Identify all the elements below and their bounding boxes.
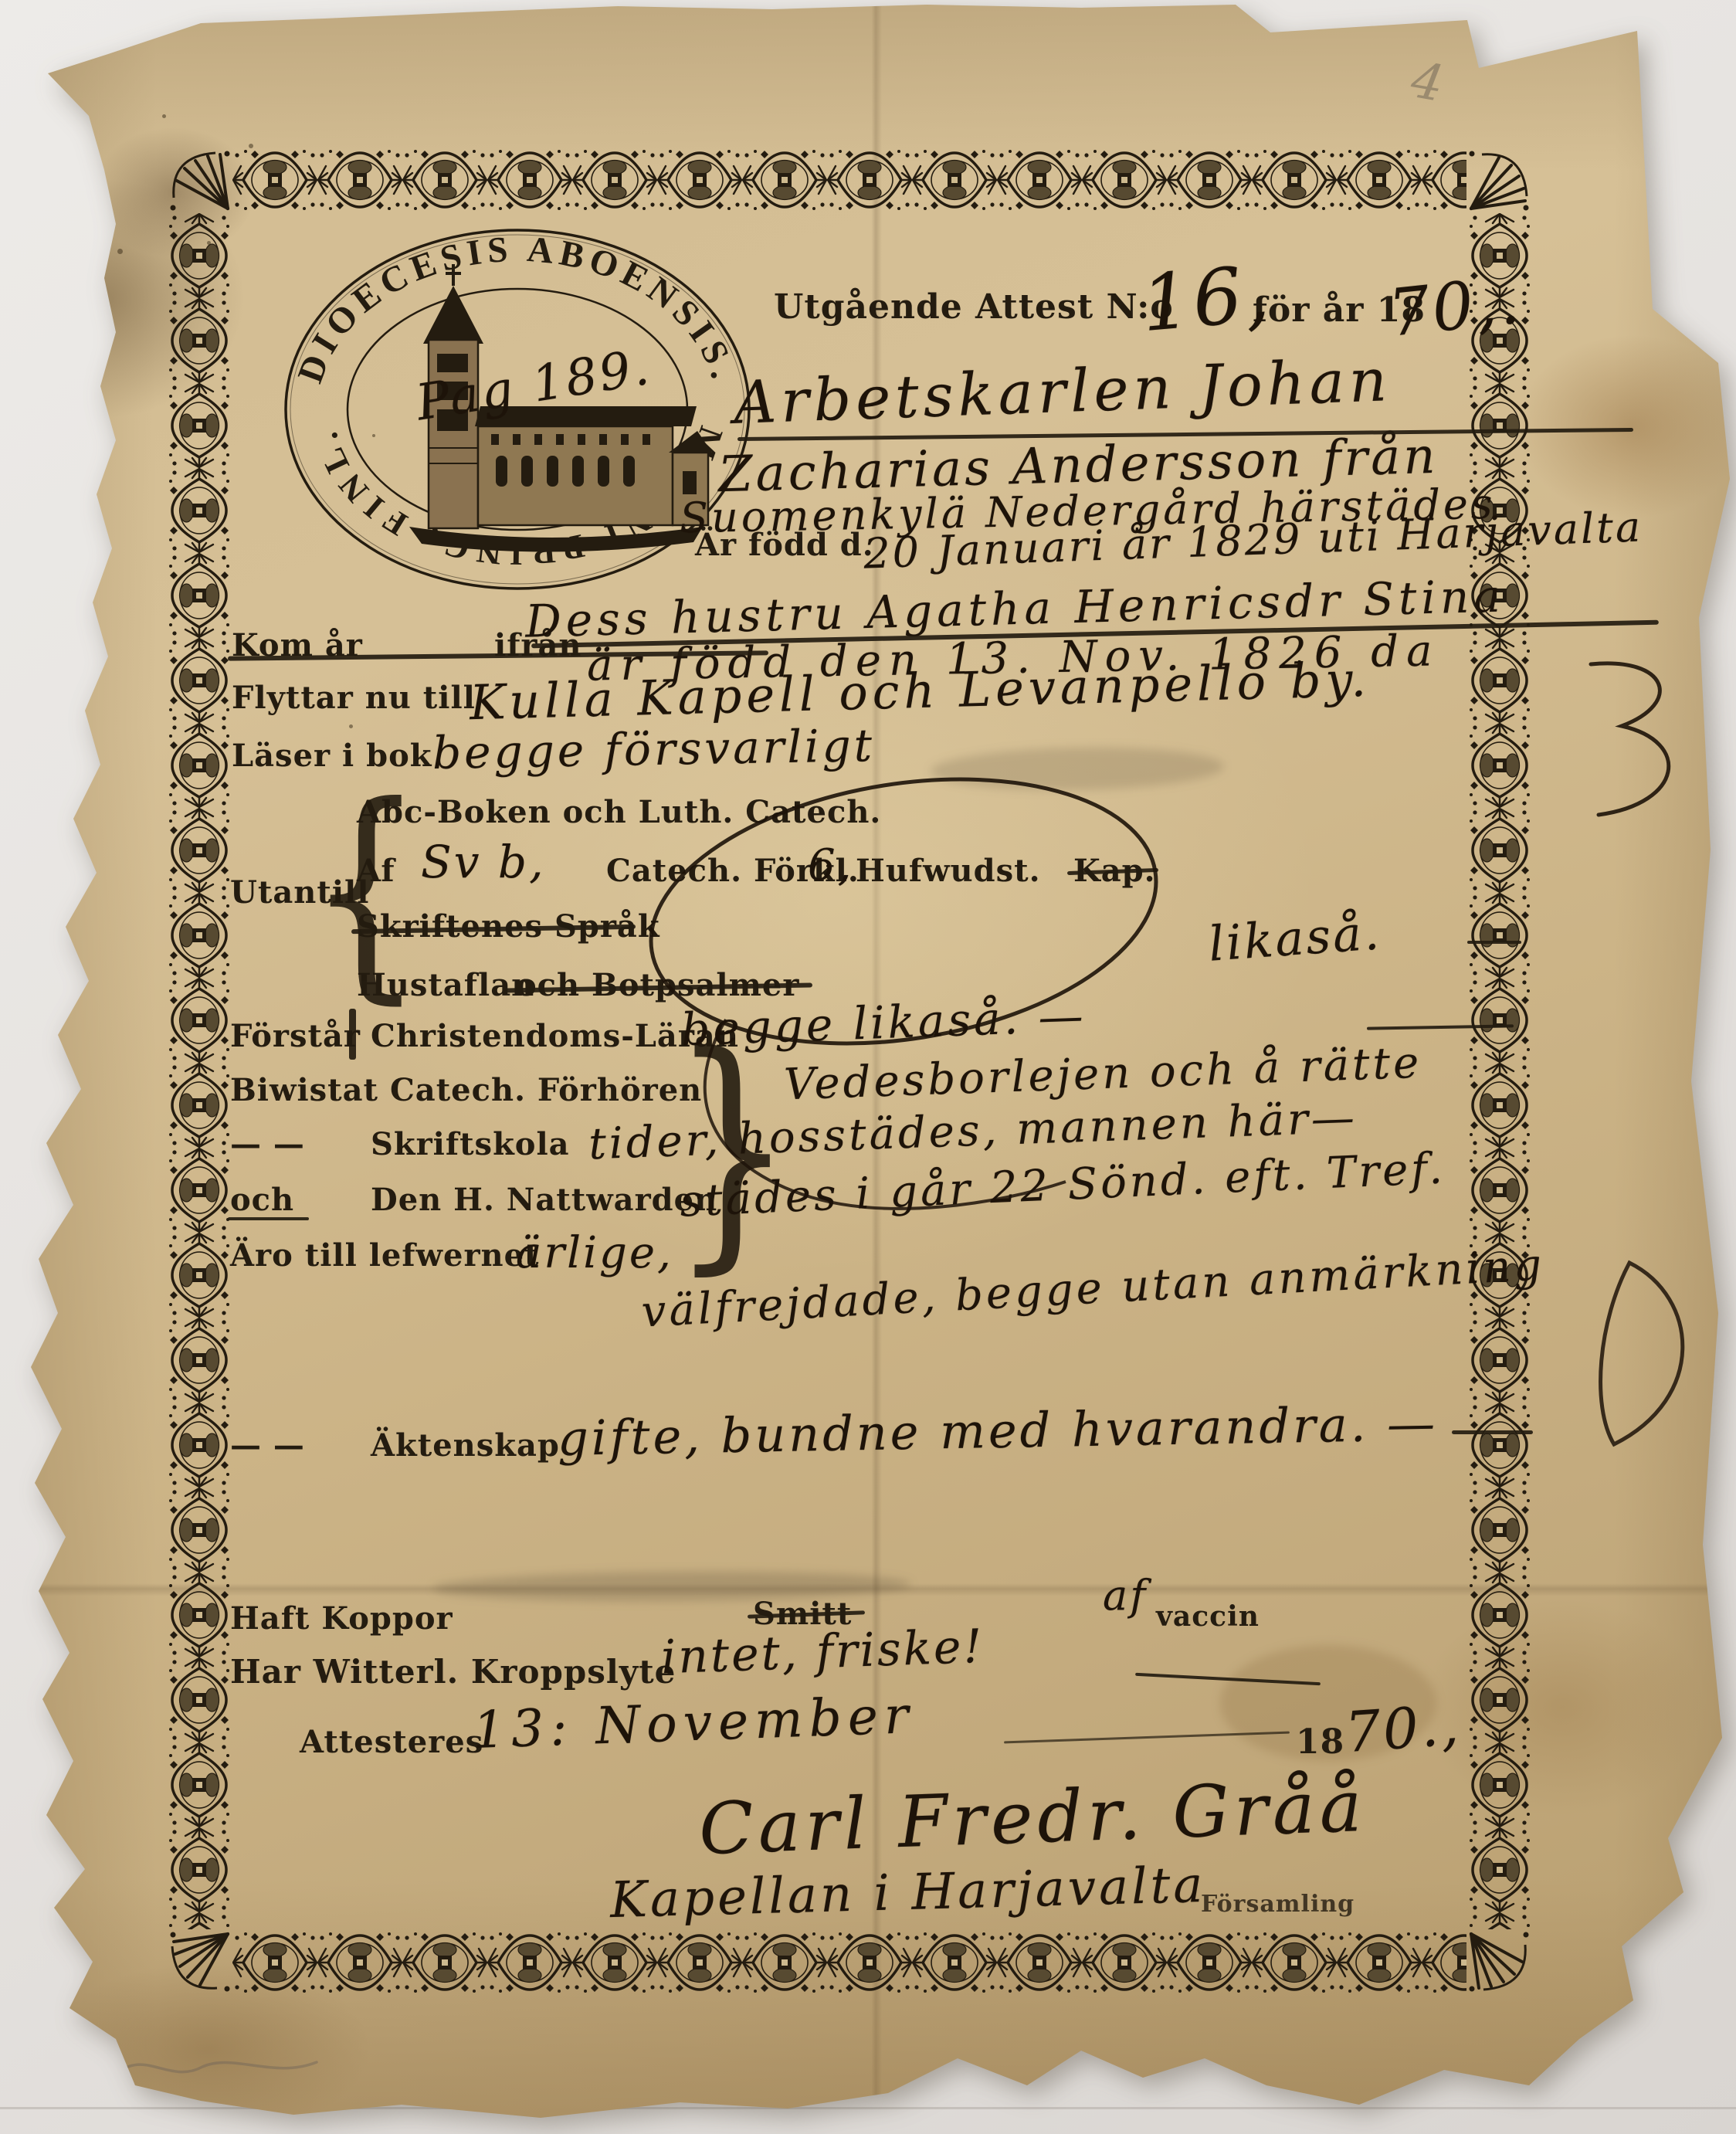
border-corner-palmette-icon <box>1466 1929 1533 1996</box>
hw-af-value: Sv b, <box>421 836 546 888</box>
hw-attest-date: 13: November <box>472 1685 916 1760</box>
label-koppor: Haft Koppor <box>230 1600 453 1637</box>
hw-signature-title: Kapellan i Harjavalta <box>609 1857 1206 1929</box>
hw-kroppslyte-value: intet, friske! <box>660 1620 985 1685</box>
hw-af-vaccin: af <box>1103 1571 1148 1620</box>
label-flyttar: Flyttar nu till <box>232 680 476 716</box>
label-attesteres: Attesteres <box>300 1724 483 1760</box>
label-kroppslyte: Har Witterl. Kroppslyte <box>230 1653 676 1691</box>
hw-oval-loop <box>633 765 1236 1247</box>
paper-sheet: DIOECESIS ABOENSIS. MAGNI PRINC: FINL. <box>0 0 1736 2134</box>
foxing-speck <box>249 144 253 148</box>
label-och: och <box>230 1182 294 1218</box>
border-corner-palmette-icon <box>166 147 232 213</box>
border-bottom <box>232 1929 1466 1999</box>
dashes-aktenskap: — — <box>230 1427 305 1464</box>
foxing-speck <box>372 434 375 437</box>
pencil-corner-mark: 4 <box>1407 52 1448 114</box>
border-right <box>1466 213 1533 1929</box>
border-corner-palmette-icon <box>166 1929 232 1996</box>
scanned-document: DIOECESIS ABOENSIS. MAGNI PRINC: FINL. <box>0 0 1736 2134</box>
paper-wrap: DIOECESIS ABOENSIS. MAGNI PRINC: FINL. <box>0 0 1736 2134</box>
printed-year-18: 18 <box>1296 1722 1344 1762</box>
attest-title: Utgående Attest N:o <box>774 287 1174 327</box>
border-corner-palmette-icon <box>1466 147 1533 213</box>
dash-after-likasa <box>1467 941 1521 944</box>
hw-attest-year: 70,. <box>1385 262 1525 351</box>
hw-aktenskap-value: gifte, bundne med hvarandra. — <box>557 1395 1438 1467</box>
label-biwistat: Biwistat Catech. Förhören <box>230 1072 702 1108</box>
foxing-speck <box>207 241 211 245</box>
ink-bar-forstar <box>349 1009 356 1060</box>
hw-name-line-1: Arbetskarlen Johan <box>733 345 1392 437</box>
label-lefwernet: Äro till lefwernet <box>230 1237 540 1274</box>
hw-attest-year-value: 70., <box>1343 1692 1463 1765</box>
hw-signature-name: Carl Fredr. Gråå <box>697 1765 1368 1871</box>
hw-flourish-margin <box>1583 1259 1714 1471</box>
utantill-brace-left: { <box>307 776 424 1006</box>
foxing-speck <box>349 724 353 728</box>
border-top <box>232 147 1466 216</box>
foxing-speck <box>162 114 166 118</box>
hw-flourish-flyttar <box>1575 656 1699 830</box>
label-aktenskap: Äktenskap <box>371 1427 560 1464</box>
foxing-speck <box>117 249 123 254</box>
label-vaccin: vaccin <box>1156 1600 1260 1633</box>
strike-och <box>228 1217 309 1220</box>
border-left <box>166 213 232 1929</box>
label-skriftskola: Skriftskola <box>371 1126 570 1162</box>
label-forsamling: Församling <box>1201 1891 1355 1918</box>
dash-after-aktenskap <box>1452 1430 1533 1434</box>
pencil-squiggle <box>116 2047 324 2092</box>
hw-attest-number: 16, <box>1138 248 1275 349</box>
dashes-skriftskola: — — <box>230 1126 305 1162</box>
